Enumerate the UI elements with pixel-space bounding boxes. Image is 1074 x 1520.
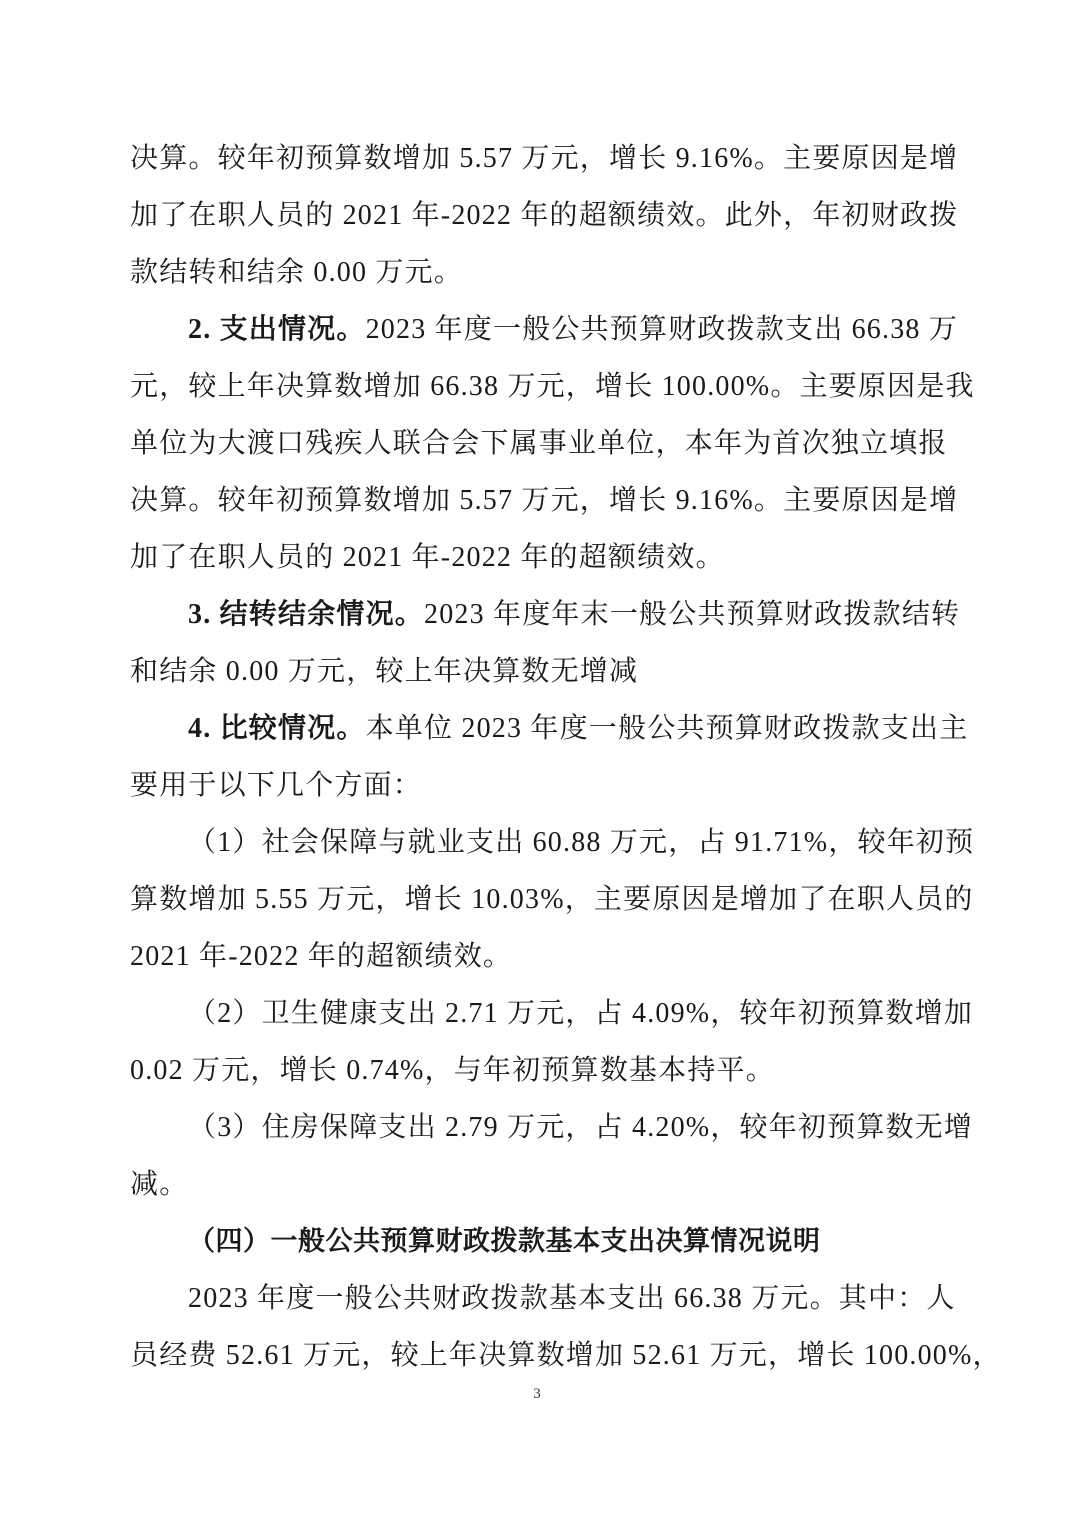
text-line: 2021 年-2022 年的超额绩效。 xyxy=(130,928,946,985)
paragraph-expenditure: 2. 支出情况。2023 年度一般公共预算财政拨款支出 66.38 万 元，较上… xyxy=(130,301,946,586)
text-line: 4. 比较情况。本单位 2023 年度一般公共预算财政拨款支出主 xyxy=(130,700,946,757)
text-line: 2. 支出情况。2023 年度一般公共预算财政拨款支出 66.38 万 xyxy=(130,301,946,358)
text-line: （2）卫生健康支出 2.71 万元，占 4.09%，较年初预算数增加 xyxy=(130,985,946,1042)
paragraph-comparison: 4. 比较情况。本单位 2023 年度一般公共预算财政拨款支出主 要用于以下几个… xyxy=(130,700,946,814)
text-line: 加了在职人员的 2021 年-2022 年的超额绩效。 xyxy=(130,529,946,586)
document-page: 决算。较年初预算数增加 5.57 万元，增长 9.16%。主要原因是增 加了在职… xyxy=(130,130,946,1384)
text-line: 要用于以下几个方面： xyxy=(130,757,946,814)
text-line: （1）社会保障与就业支出 60.88 万元，占 91.71%，较年初预 xyxy=(130,814,946,871)
text-span: 2023 年度年末一般公共预算财政拨款结转 xyxy=(424,599,960,630)
item-label: 2. 支出情况。 xyxy=(188,314,366,345)
text-line: 元，较上年决算数增加 66.38 万元，增长 100.00%。主要原因是我 xyxy=(130,358,946,415)
text-line: 单位为大渡口残疾人联合会下属事业单位，本年为首次独立填报 xyxy=(130,415,946,472)
paragraph-health: （2）卫生健康支出 2.71 万元，占 4.09%，较年初预算数增加 0.02 … xyxy=(130,985,946,1099)
paragraph-social-security: （1）社会保障与就业支出 60.88 万元，占 91.71%，较年初预 算数增加… xyxy=(130,814,946,985)
text-line: 和结余 0.00 万元，较上年决算数无增减 xyxy=(130,643,946,700)
text-line: 2023 年度一般公共财政拨款基本支出 66.38 万元。其中：人 xyxy=(130,1270,946,1327)
text-line: 算数增加 5.55 万元，增长 10.03%，主要原因是增加了在职人员的 xyxy=(130,871,946,928)
item-label: 4. 比较情况。 xyxy=(188,713,366,744)
text-line: 减。 xyxy=(130,1156,946,1213)
text-line: 员经费 52.61 万元，较上年决算数增加 52.61 万元，增长 100.00… xyxy=(130,1327,946,1384)
text-span: 2023 年度一般公共预算财政拨款支出 66.38 万 xyxy=(366,314,958,345)
paragraph-housing: （3）住房保障支出 2.79 万元，占 4.20%，较年初预算数无增 减。 xyxy=(130,1099,946,1213)
paragraph-carryover: 3. 结转结余情况。2023 年度年末一般公共预算财政拨款结转 和结余 0.00… xyxy=(130,586,946,700)
text-line: 0.02 万元，增长 0.74%，与年初预算数基本持平。 xyxy=(130,1042,946,1099)
section-heading: （四）一般公共预算财政拨款基本支出决算情况说明 xyxy=(130,1213,946,1270)
text-span: 本单位 2023 年度一般公共预算财政拨款支出主 xyxy=(366,713,969,744)
text-line: 加了在职人员的 2021 年-2022 年的超额绩效。此外，年初财政拨 xyxy=(130,187,946,244)
text-line: 3. 结转结余情况。2023 年度年末一般公共预算财政拨款结转 xyxy=(130,586,946,643)
text-line: 决算。较年初预算数增加 5.57 万元，增长 9.16%。主要原因是增 xyxy=(130,472,946,529)
item-label: 3. 结转结余情况。 xyxy=(188,599,424,630)
paragraph-basic-expenditure: 2023 年度一般公共财政拨款基本支出 66.38 万元。其中：人 员经费 52… xyxy=(130,1270,946,1384)
text-line: 决算。较年初预算数增加 5.57 万元，增长 9.16%。主要原因是增 xyxy=(130,130,946,187)
page-number: 3 xyxy=(0,1386,1074,1403)
text-line: （3）住房保障支出 2.79 万元，占 4.20%，较年初预算数无增 xyxy=(130,1099,946,1156)
text-line: 款结转和结余 0.00 万元。 xyxy=(130,244,946,301)
paragraph-income-tail: 决算。较年初预算数增加 5.57 万元，增长 9.16%。主要原因是增 加了在职… xyxy=(130,130,946,301)
